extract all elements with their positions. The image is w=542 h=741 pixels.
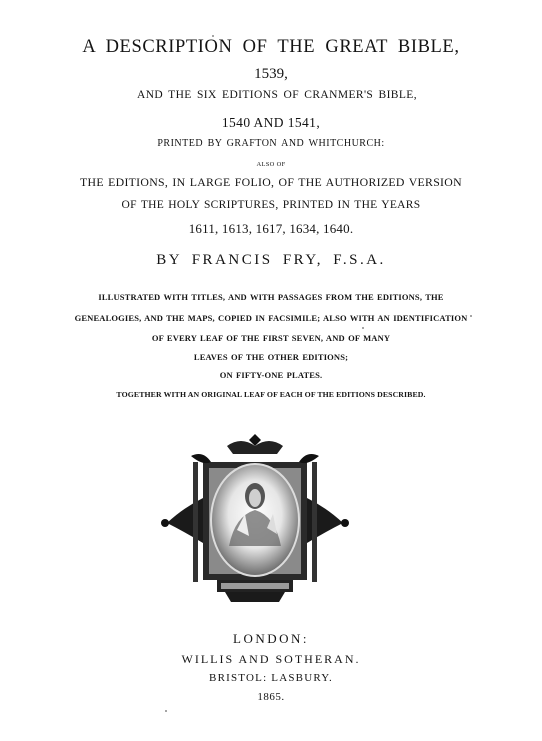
ornate-frame-icon <box>155 428 355 608</box>
cranmer-subtitle: AND THE SIX EDITIONS OF CRANMER'S BIBLE, <box>6 89 542 101</box>
cranmer-years: 1540 AND 1541, <box>0 115 542 131</box>
scan-speck <box>470 315 472 317</box>
imprint-year: 1865. <box>0 691 542 703</box>
scan-speck <box>165 710 167 712</box>
framed-portrait-illustration <box>155 428 355 608</box>
illustration-note-1: ILLUSTRATED WITH TITLES, AND WITH PASSAG… <box>0 292 542 302</box>
printers-line: PRINTED BY GRAFTON AND WHITCHURCH: <box>0 138 542 149</box>
editions-line-1: THE EDITIONS, IN LARGE FOLIO, OF THE AUT… <box>0 175 542 190</box>
together-note: TOGETHER WITH AN ORIGINAL LEAF OF EACH O… <box>0 390 542 399</box>
imprint-publisher: WILLIS AND SOTHERAN. <box>0 652 542 667</box>
illustration-note-3: OF EVERY LEAF OF THE FIRST SEVEN, AND OF… <box>0 333 542 343</box>
illustration-note-4: LEAVES OF THE OTHER EDITIONS; <box>0 352 542 362</box>
illustration-note-2: GENEALOGIES, AND THE MAPS, COPIED IN FAC… <box>0 313 542 323</box>
book-title: A DESCRIPTION OF THE GREAT BIBLE, <box>0 37 542 58</box>
imprint-secondary: BRISTOL: LASBURY. <box>0 672 542 684</box>
author-line: BY FRANCIS FRY, F.S.A. <box>0 252 542 269</box>
scan-speck <box>362 327 364 329</box>
illustration-note-5: ON FIFTY-ONE PLATES. <box>0 370 542 380</box>
scan-speck <box>212 35 214 37</box>
editions-years: 1611, 1613, 1617, 1634, 1640. <box>0 221 542 237</box>
great-bible-year: 1539, <box>0 66 542 83</box>
imprint-city: LONDON: <box>0 631 542 647</box>
editions-line-2: OF THE HOLY SCRIPTURES, PRINTED IN THE Y… <box>0 199 542 211</box>
also-of-line: ALSO OF <box>0 161 542 168</box>
